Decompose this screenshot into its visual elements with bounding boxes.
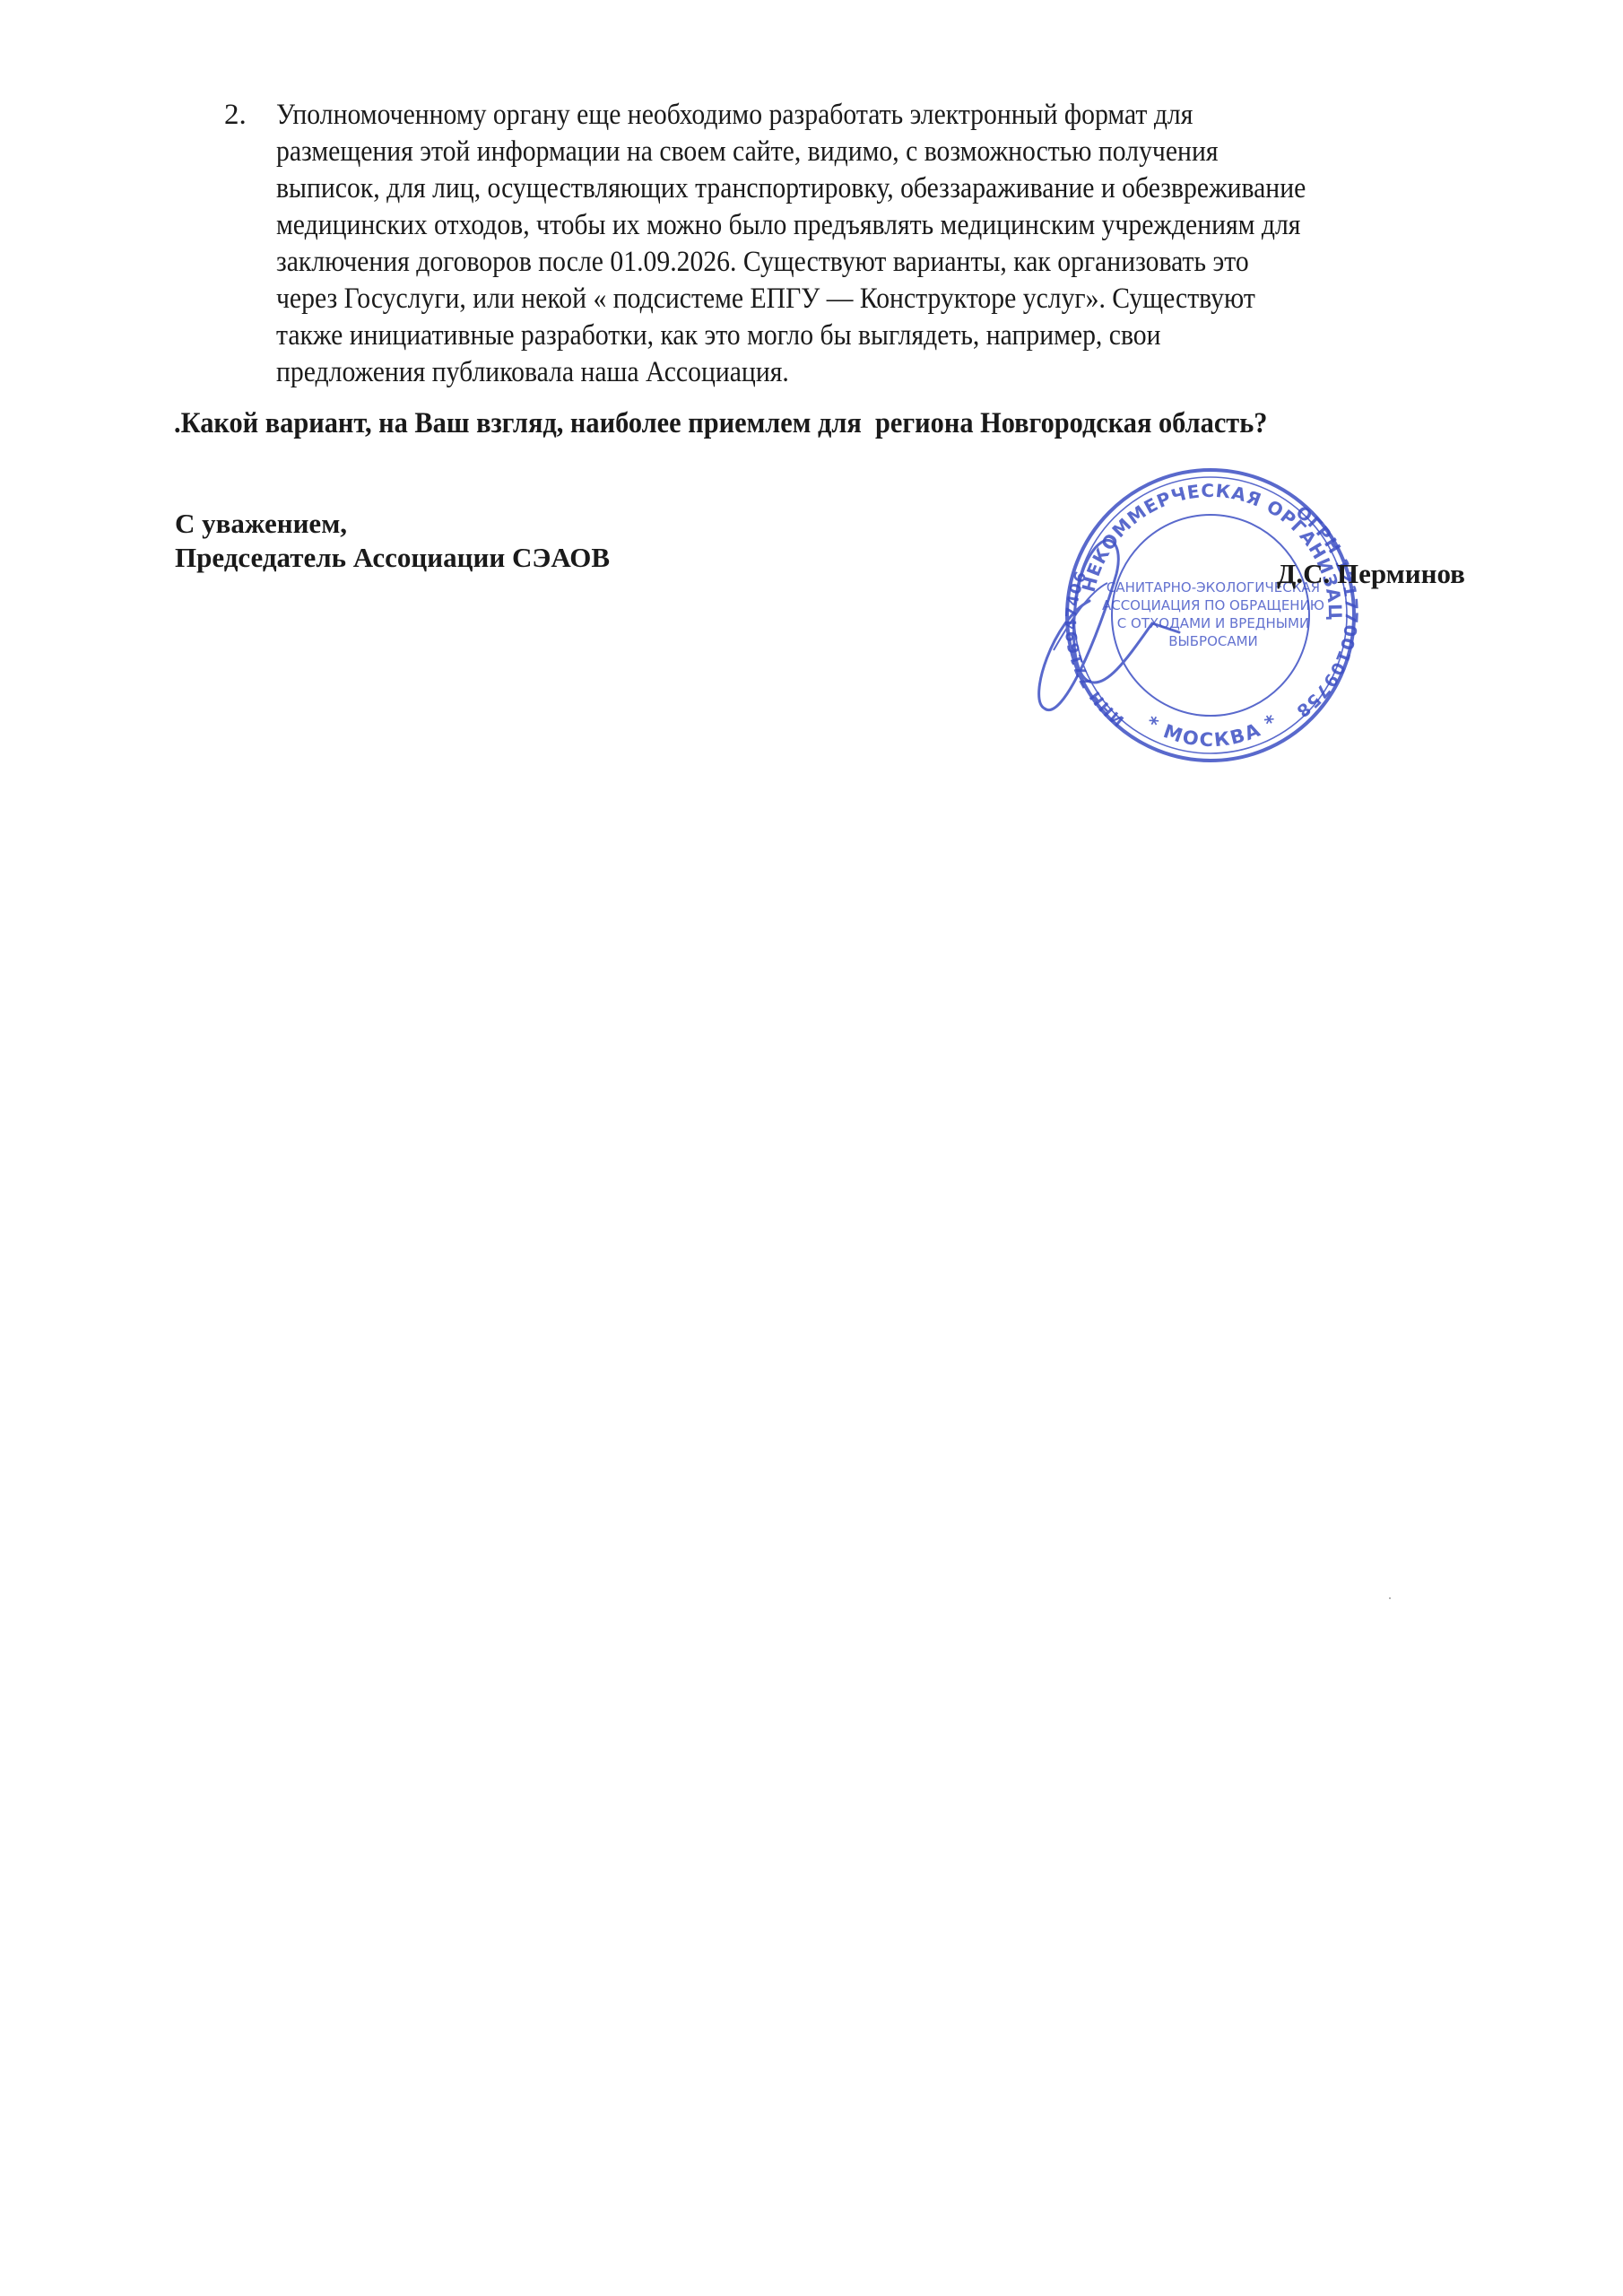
stamp-inner-line: С ОТХОДАМИ И ВРЕДНЫМИ <box>1117 615 1309 631</box>
paragraph-line: также инициативные разработки, как это м… <box>276 317 1438 354</box>
scan-speck <box>1389 1597 1391 1599</box>
signer-name: Д.С. Перминов <box>1277 557 1465 591</box>
signer-position: Председатель Ассоциации СЭАОВ <box>175 541 610 575</box>
paragraph-line: через Госуслуги, или некой « подсистеме … <box>276 281 1438 317</box>
closing-greeting: С уважением, <box>175 507 610 541</box>
paragraph-line: выписок, для лиц, осуществляющих транспо… <box>276 170 1438 207</box>
paragraph-line: Уполномоченному органу еще необходимо ра… <box>276 97 1438 134</box>
paragraph-line: медицинских отходов, чтобы их можно было… <box>276 207 1438 244</box>
paragraph-line: заключения договоров после 01.09.2026. С… <box>276 244 1438 281</box>
document-page: 2. Уполномоченному органу еще необходимо… <box>0 0 1623 2296</box>
official-stamp-with-signature: НЕКОММЕРЧЕСКАЯ ОРГАНИЗАЦИЯ ОГРН 12177001… <box>1000 439 1403 762</box>
question-text: .Какой вариант, на Ваш взгляд, наиболее … <box>174 405 1267 441</box>
closing-block: С уважением, Председатель Ассоциации СЭА… <box>175 507 610 575</box>
stamp-inner-line: АССОЦИАЦИЯ ПО ОБРАЩЕНИЮ <box>1102 597 1324 613</box>
paragraph-line: предложения публиковала наша Ассоциация. <box>276 354 1438 391</box>
stamp-inner-line: ВЫБРОСАМИ <box>1168 633 1258 649</box>
list-number: 2. <box>224 97 247 134</box>
paragraph-body: Уполномоченному органу еще необходимо ра… <box>276 97 1567 391</box>
paragraph-line: размещения этой информации на своем сайт… <box>276 134 1438 170</box>
